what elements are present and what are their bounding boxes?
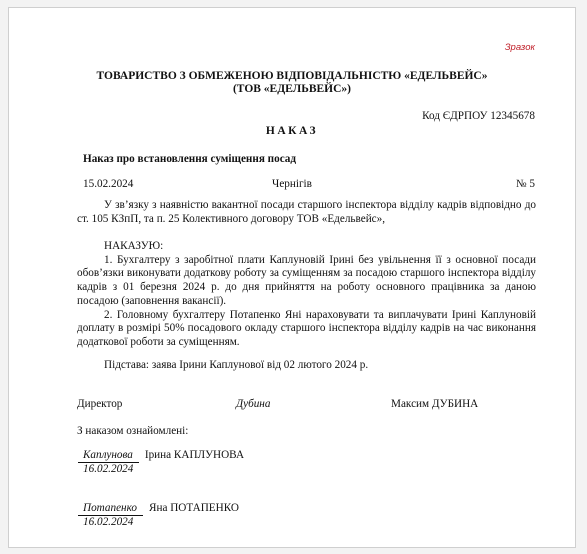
intro-paragraph: У зв’язку з наявністю вакантної посади с… [77, 199, 536, 226]
acquainted-name: Ірина КАПЛУНОВА [145, 449, 244, 461]
basis-text: Підстава: заява Ірини Каплунової від 02 … [77, 359, 536, 373]
director-name: Максим ДУБИНА [391, 398, 478, 410]
basis-paragraph: Підстава: заява Ірини Каплунової від 02 … [77, 359, 536, 373]
acquainted-signature: Каплунова [78, 449, 139, 463]
director-title: Директор [77, 398, 122, 410]
document-type-title: НАКАЗ [9, 125, 575, 137]
edrpou-code: Код ЄДРПОУ 12345678 [422, 110, 535, 122]
order-subject: Наказ про встановлення суміщення посад [83, 153, 296, 165]
organization-short-name: (ТОВ «ЕДЕЛЬВЕЙС») [9, 83, 575, 96]
order-number: № 5 [516, 178, 535, 190]
acquainted-date: 16.02.2024 [78, 463, 244, 475]
acquainted-date: 16.02.2024 [78, 516, 239, 528]
director-signature: Дубина [236, 398, 270, 410]
decree-item-1: 1. Бухгалтеру з заробітної плати Каплуно… [77, 254, 536, 309]
sample-mark: Зразок [505, 42, 535, 53]
intro-text: У зв’язку з наявністю вакантної посади с… [77, 199, 536, 226]
document-page: Зразок ТОВАРИСТВО З ОБМЕЖЕНОЮ ВІДПОВІДАЛ… [8, 7, 576, 548]
acquainted-signature: Потапенко [78, 502, 143, 516]
organization-full-name: ТОВАРИСТВО З ОБМЕЖЕНОЮ ВІДПОВІДАЛЬНІСТЮ … [9, 70, 575, 83]
acquainted-name: Яна ПОТАПЕНКО [149, 502, 239, 514]
acquainted-entry: ПотапенкоЯна ПОТАПЕНКО 16.02.2024 [78, 502, 239, 528]
decree-item-2: 2. Головному бухгалтеру Потапенко Яні на… [77, 309, 536, 350]
decree-section: НАКАЗУЮ: 1. Бухгалтеру з заробітної плат… [77, 240, 536, 350]
order-document: Зразок ТОВАРИСТВО З ОБМЕЖЕНОЮ ВІДПОВІДАЛ… [9, 8, 575, 547]
acquainted-label: З наказом ознайомлені: [77, 425, 188, 437]
decree-label: НАКАЗУЮ: [77, 240, 536, 254]
acquainted-entry: КаплуноваІрина КАПЛУНОВА 16.02.2024 [78, 449, 244, 475]
order-city: Чернігів [9, 178, 575, 190]
